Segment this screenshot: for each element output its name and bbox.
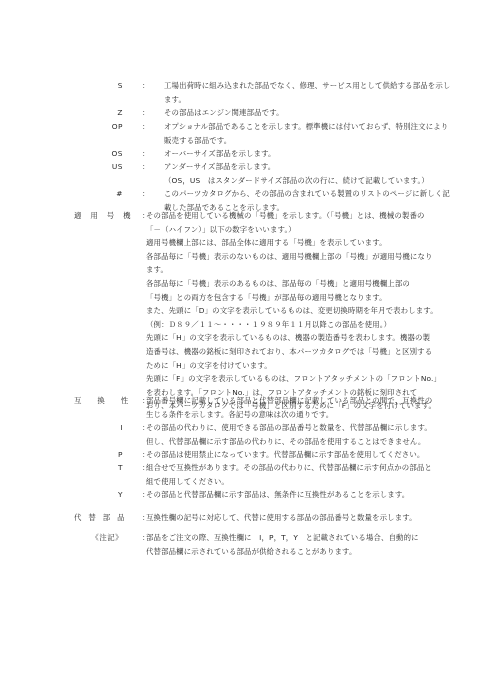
colon: ： xyxy=(142,160,149,174)
colon: ： xyxy=(142,106,149,120)
colon: ： xyxy=(142,79,149,93)
note-heading: 《注記》 xyxy=(91,531,123,545)
symbol-key: Z xyxy=(117,106,123,120)
symbol-key: US xyxy=(112,160,123,174)
section-intro: 部品番号欄に記載している部品と代替部品欄に記載している部品との間で、互換性の 生… xyxy=(146,394,432,421)
section-body: その部品を使用している機械の「号機」を示します。（「号機」とは、機械の製番の 「… xyxy=(146,209,441,413)
section-heading: 互換性 xyxy=(74,394,144,408)
colon: ： xyxy=(142,120,149,134)
note-body: 部品をご注文の際、互換性欄に I，P，T，Y と記載されている場合、自動的に 代… xyxy=(146,531,419,558)
parts-catalog-legend-page: S ： 工場出荷時に組み込まれた部品でなく、修理、サービス用として供給する部品を… xyxy=(0,0,495,700)
symbol-key: OP xyxy=(112,120,123,134)
code-description: 組合せで互換性があります。その部品の代わりに、代替部品欄に示す何点かの部品と 組… xyxy=(146,461,432,488)
symbol-description: その部品はエンジン関連部品です。 xyxy=(164,106,284,120)
code-description: その部品は使用禁止になっています。代替部品欄に示す部品を使用してください。 xyxy=(146,448,424,462)
symbol-key: S xyxy=(118,79,123,93)
symbol-key: OS xyxy=(111,147,123,161)
code-description: その部品の代わりに、使用できる部品の部品番号と数量を、代替部品欄に示します。 但… xyxy=(146,421,432,448)
code-key: P xyxy=(118,448,123,462)
section-body: 互換性欄の記号に対応して、代替に使用する部品の部品番号と数量を示します。 xyxy=(146,511,417,525)
symbol-description: オプショナル部品であることを示します。標準機には付いておらず、特別注文により 販… xyxy=(164,120,448,147)
section-heading: 適用号機 xyxy=(74,209,140,223)
section-heading: 代替部品 xyxy=(74,511,132,525)
code-key: T xyxy=(118,461,123,475)
colon: ： xyxy=(142,187,149,201)
code-key: I xyxy=(120,421,123,435)
symbol-description: アンダーサイズ部品を示します。 （OS，US はスタンダードサイズ部品の次の行に… xyxy=(164,160,429,187)
code-description: その部品と代替部品欄に示す部品は、無条件に互換性があることを示します。 xyxy=(146,488,409,502)
symbol-description: オーバーサイズ部品を示します。 xyxy=(164,147,276,161)
symbol-description: 工場出荷時に組み込まれた部品でなく、修理、サービス用として供給する部品を示し ま… xyxy=(164,79,450,106)
symbol-key: # xyxy=(116,187,123,201)
colon: ： xyxy=(142,147,149,161)
code-key: Y xyxy=(118,488,123,502)
